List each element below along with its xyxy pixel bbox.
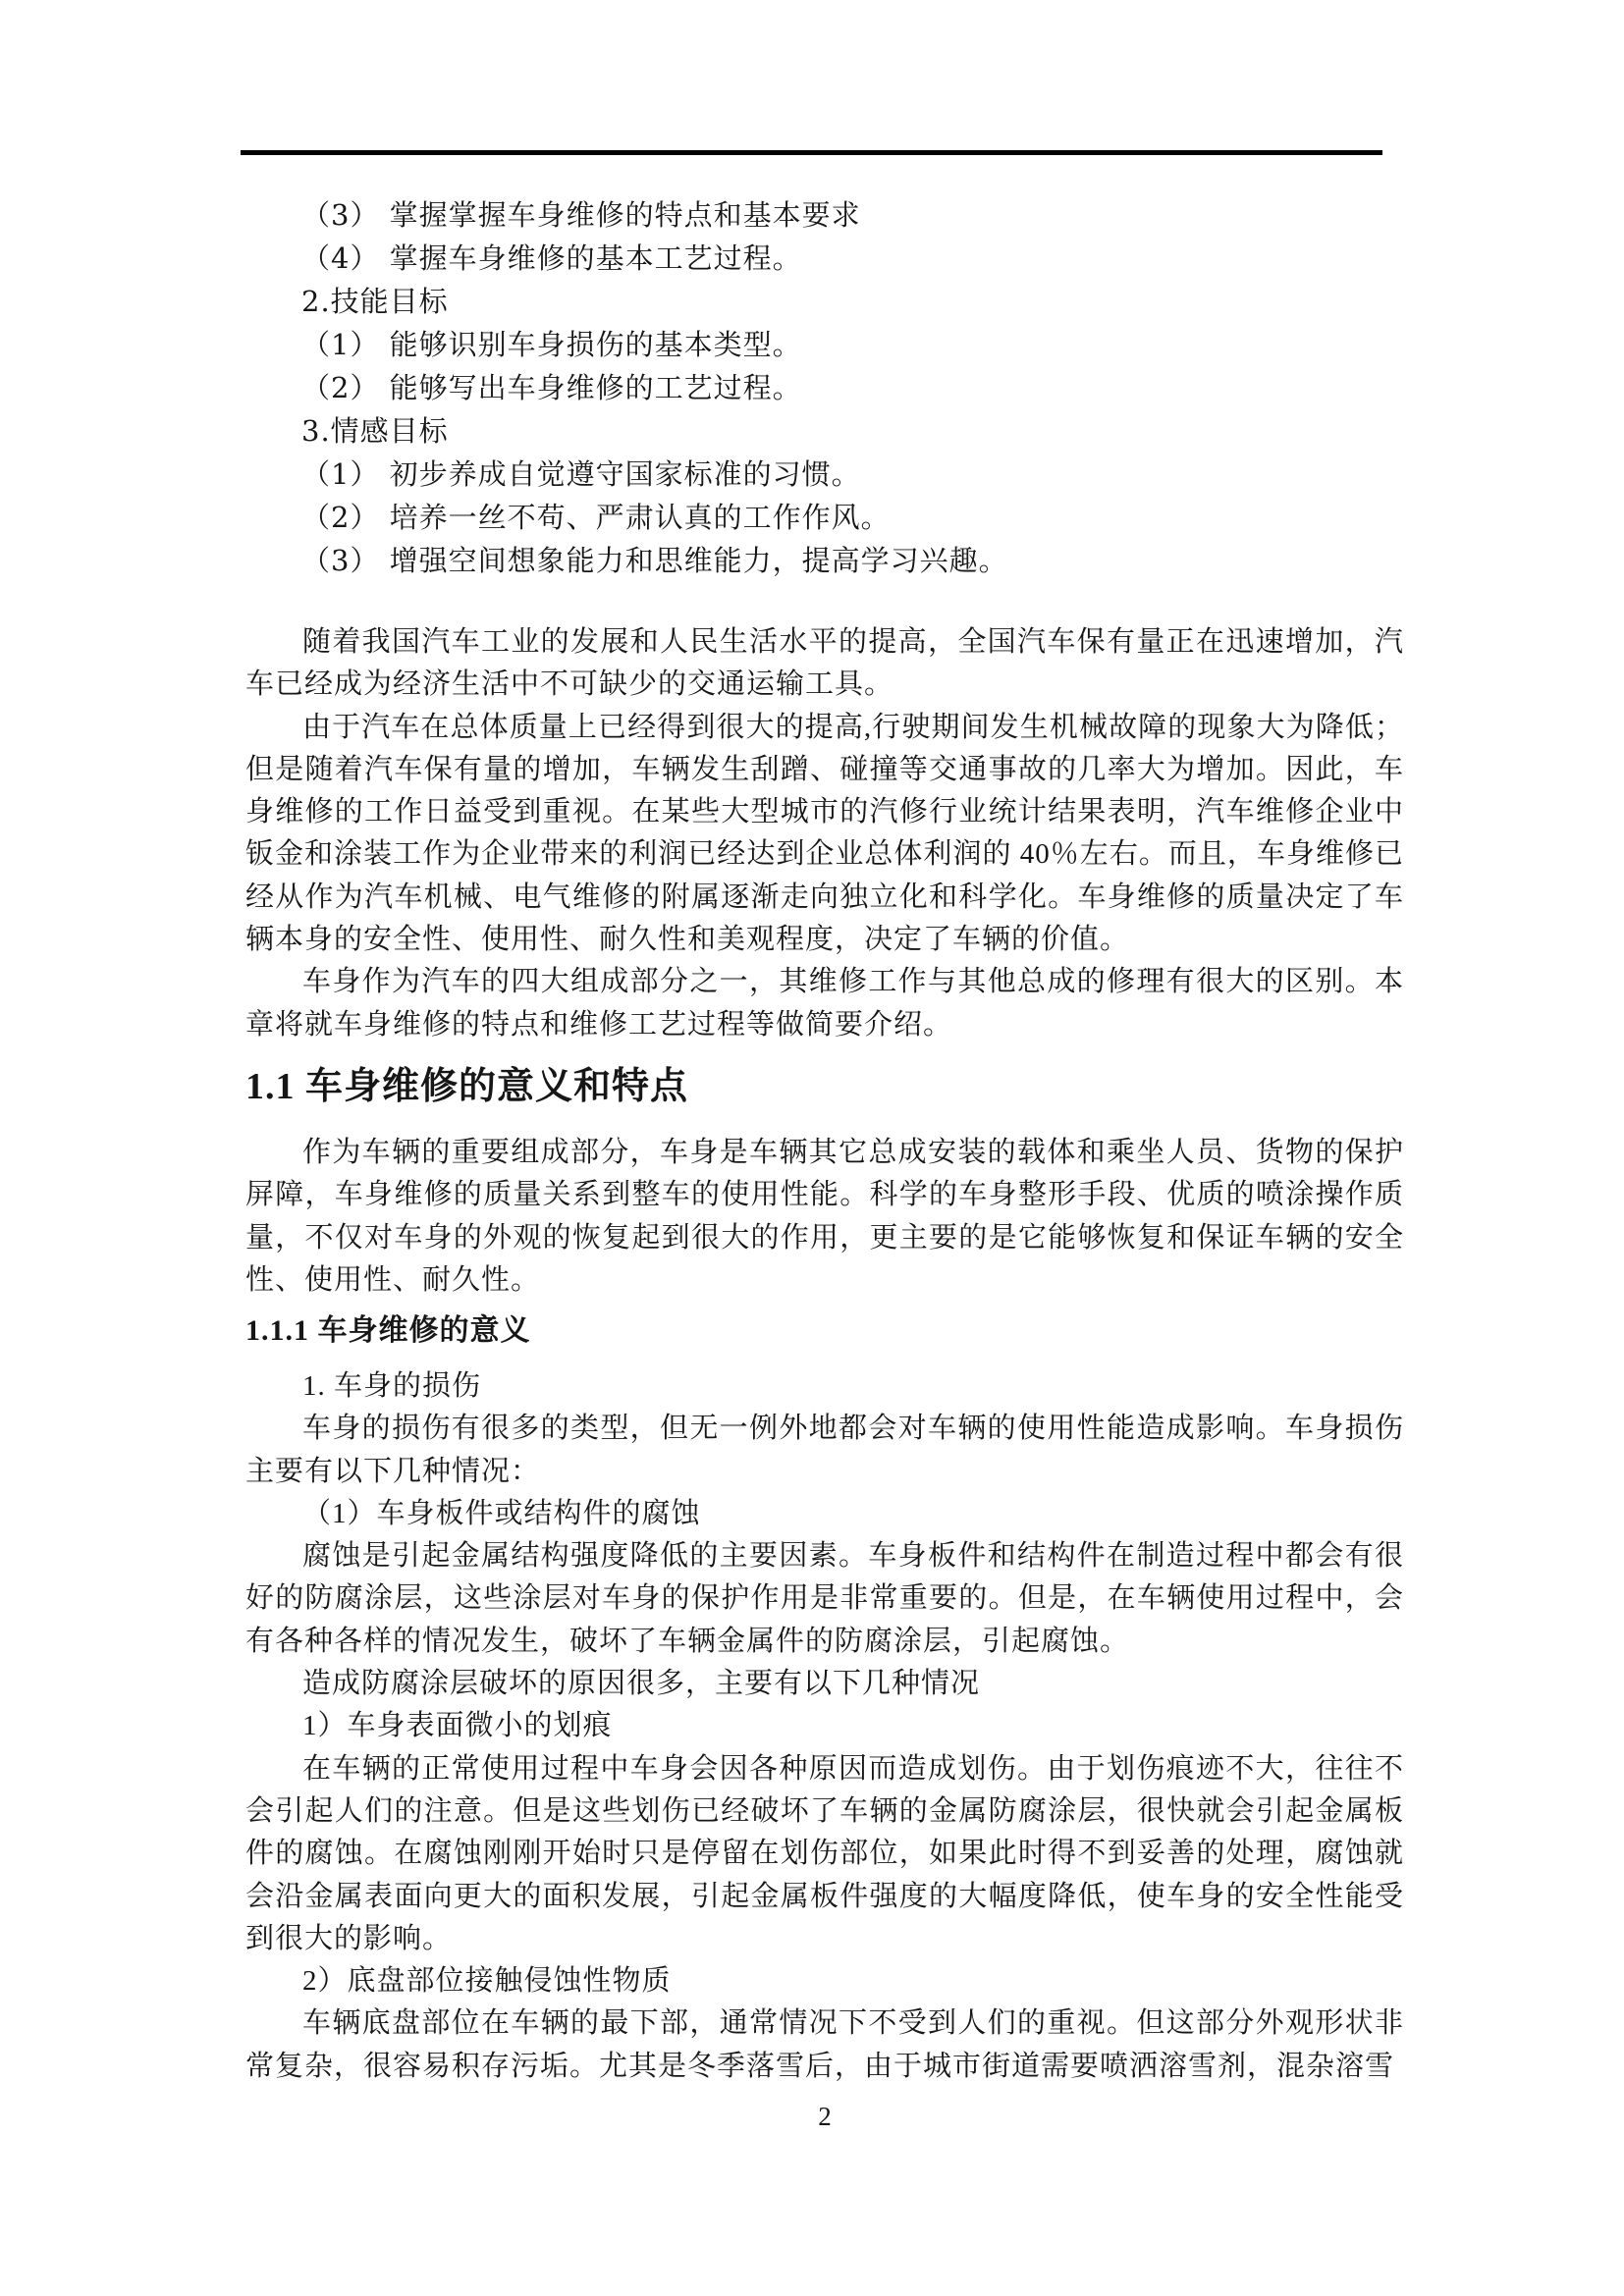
body-list-heading: 2）底盘部位接触侵蚀性物质: [245, 1960, 1404, 2002]
body-list-heading: （1）车身板件或结构件的腐蚀: [245, 1493, 1404, 1535]
objective-item: （1） 能够识别车身损伤的基本类型。: [245, 323, 1404, 366]
objective-item: （1） 初步养成自觉遵守国家标准的习惯。: [245, 453, 1404, 496]
objective-group-heading: 3.情感目标: [245, 409, 1404, 453]
objective-item: （4） 掌握车身维修的基本工艺过程。: [245, 237, 1404, 280]
header-rule: [241, 150, 1382, 155]
body-paragraph: 在车辆的正常使用过程中车身会因各种原因而造成划伤。由于划伤痕迹不大，往往不会引起…: [245, 1748, 1404, 1960]
learning-objectives-list: （3） 掌握掌握车身维修的特点和基本要求 （4） 掌握车身维修的基本工艺过程。 …: [245, 193, 1404, 582]
subsection-heading-1-1-1: 1.1.1 车身维修的意义: [245, 1309, 1404, 1353]
objective-group-heading: 2.技能目标: [245, 280, 1404, 323]
objective-item: （3） 掌握掌握车身维修的特点和基本要求: [245, 193, 1404, 237]
body-paragraph: 造成防腐涂层破坏的原因很多，主要有以下几种情况: [245, 1663, 1404, 1705]
intro-section: 随着我国汽车工业的发展和人民生活水平的提高，全国汽车保有量正在迅速增加，汽车已经…: [245, 621, 1404, 1046]
lead-paragraph: 作为车辆的重要组成部分，车身是车辆其它总成安装的载体和乘坐人员、货物的保护屏障，…: [245, 1132, 1404, 1302]
intro-paragraph: 随着我国汽车工业的发展和人民生活水平的提高，全国汽车保有量正在迅速增加，汽车已经…: [245, 621, 1404, 707]
objective-item: （2） 能够写出车身维修的工艺过程。: [245, 366, 1404, 409]
body-list-heading: 1）车身表面微小的划痕: [245, 1705, 1404, 1747]
section-heading-1-1: 1.1 车身维修的意义和特点: [245, 1063, 1404, 1110]
body-list-heading: 1. 车身的损伤: [245, 1365, 1404, 1408]
subsection-1-1-1-body: 1. 车身的损伤 车身的损伤有很多的类型，但无一例外地都会对车辆的使用性能造成影…: [245, 1365, 1404, 2088]
intro-paragraph: 车身作为汽车的四大组成部分之一，其维修工作与其他总成的修理有很大的区别。本章将就…: [245, 961, 1404, 1046]
objective-item: （3） 增强空间想象能力和思维能力，提高学习兴趣。: [245, 539, 1404, 582]
page-number: 2: [245, 2097, 1404, 2136]
body-paragraph: 腐蚀是引起金属结构强度降低的主要因素。车身板件和结构件在制造过程中都会有很好的防…: [245, 1535, 1404, 1663]
body-paragraph: 车辆底盘部位在车辆的最下部，通常情况下不受到人们的重视。但这部分外观形状非常复杂…: [245, 2002, 1404, 2088]
body-paragraph: 车身的损伤有很多的类型，但无一例外地都会对车辆的使用性能造成影响。车身损伤主要有…: [245, 1408, 1404, 1493]
intro-paragraph: 由于汽车在总体质量上已经得到很大的提高,行驶期间发生机械故障的现象大为降低；但是…: [245, 707, 1404, 962]
document-page: （3） 掌握掌握车身维修的特点和基本要求 （4） 掌握车身维修的基本工艺过程。 …: [0, 0, 1624, 2296]
section-1-1-lead: 作为车辆的重要组成部分，车身是车辆其它总成安装的载体和乘坐人员、货物的保护屏障，…: [245, 1132, 1404, 1302]
objective-item: （2） 培养一丝不苟、严肃认真的工作作风。: [245, 496, 1404, 539]
